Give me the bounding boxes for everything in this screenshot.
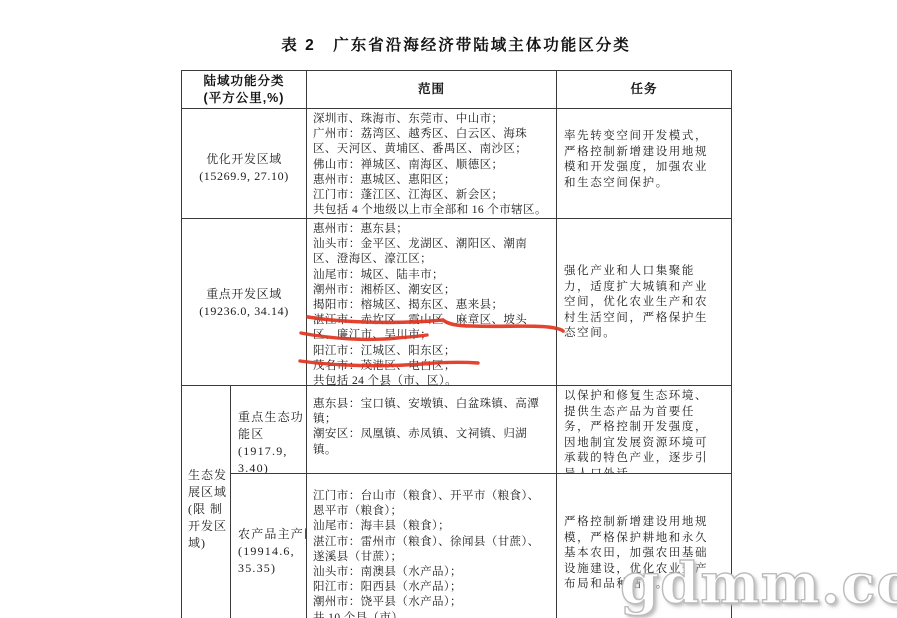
row-ecofunc-range: 惠东县：宝口镇、安墩镇、白盆珠镇、高潭镇；潮安区：凤凰镇、赤凤镇、文祠镇、归湖镇… xyxy=(307,386,557,474)
row-ecofunc-task: 以保护和修复生态环境、提供生态产品为首要任务，严格控制开发强度，因地制宜发展资源… xyxy=(557,386,732,474)
row-eco-group-label: 生态发展区域(限 制开发区域) xyxy=(182,386,231,618)
row-agri-range: 江门市：台山市（粮食）、开平市（粮食）、恩平市（粮食）；汕尾市：海丰县（粮食）；… xyxy=(307,474,557,618)
row-optimized-category: 优化开发区域(15269.9, 27.10) xyxy=(182,109,307,219)
row-optimized-range: 深圳市、珠海市、东莞市、中山市；广州市：荔湾区、越秀区、白云区、海珠区、天河区、… xyxy=(307,109,557,219)
header-task: 任务 xyxy=(557,71,732,109)
row-optimized-task: 率先转变空间开发模式，严格控制新增建设用地规模和开发强度，加强农业和生态空间保护… xyxy=(557,109,732,219)
main-table: 陆域功能分类(平方公里,%) 范围 任务 优化开发区域(15269.9, 27.… xyxy=(181,70,732,618)
row-keydev-range: 惠州市：惠东县；汕头市：金平区、龙湖区、潮阳区、潮南区、澄海区、濠江区；汕尾市：… xyxy=(307,219,557,386)
row-keydev-category: 重点开发区域(19236.0, 34.14) xyxy=(182,219,307,386)
document-page: 表 2 广东省沿海经济带陆域主体功能区分类 陆域功能分类(平方公里,%) 范围 … xyxy=(0,0,897,618)
header-range: 范围 xyxy=(307,71,557,109)
header-task-label: 任务 xyxy=(630,81,657,98)
row-ecofunc-category: 重点生态功能区(1917.9,3.40) xyxy=(231,386,307,474)
row-agri-category: 农产品主产区(19914.6,35.35) xyxy=(231,474,307,618)
row-agri-task: 严格控制新增建设用地规模，严格保护耕地和永久基本农田，加强农田基础设施建设，优化… xyxy=(557,474,732,618)
row-keydev-task: 强化产业和人口集聚能力，适度扩大城镇和产业空间，优化农业生产和农村生活空间，严格… xyxy=(557,219,732,386)
table-title: 表 2 广东省沿海经济带陆域主体功能区分类 xyxy=(181,33,731,55)
header-classification: 陆域功能分类(平方公里,%) xyxy=(182,71,307,109)
header-range-label: 范围 xyxy=(418,81,445,98)
